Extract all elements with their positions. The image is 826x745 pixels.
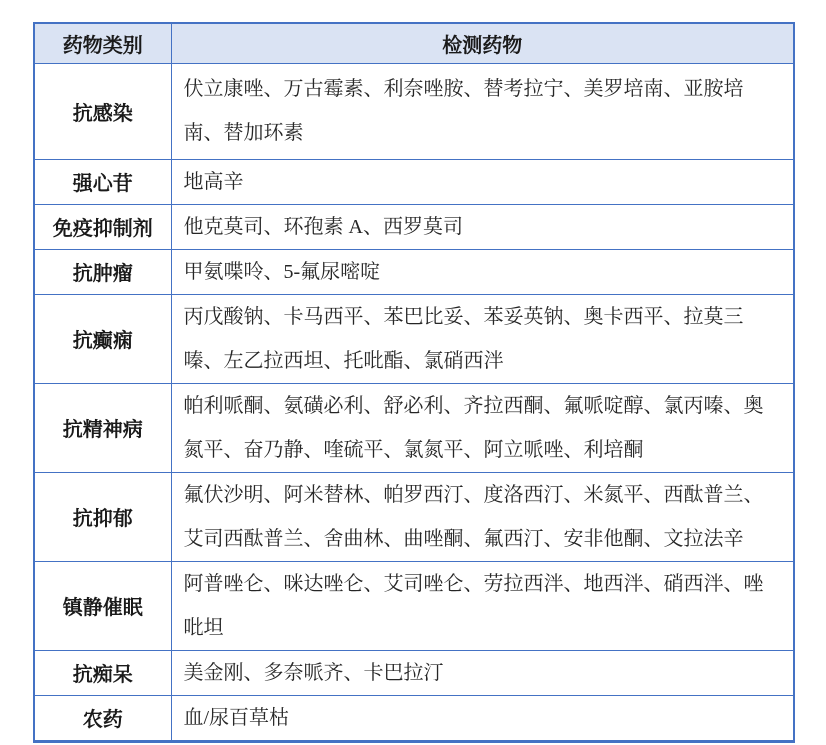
- table-row: 抗抑郁 氟伏沙明、阿米替林、帕罗西汀、度洛西汀、米氮平、西酞普兰、艾司西酞普兰、…: [34, 472, 794, 561]
- drugs-cell: 阿普唑仑、咪达唑仑、艾司唑仑、劳拉西泮、地西泮、硝西泮、唑吡坦: [171, 561, 794, 650]
- drugs-cell: 血/尿百草枯: [171, 695, 794, 741]
- category-cell: 强心苷: [34, 159, 171, 204]
- table-row: 抗感染 伏立康唑、万古霉素、利奈唑胺、替考拉宁、美罗培南、亚胺培南、替加环素: [34, 63, 794, 159]
- table-row: 农药 血/尿百草枯: [34, 695, 794, 741]
- drugs-cell: 甲氨喋呤、5-氟尿嘧啶: [171, 249, 794, 294]
- table-row: 抗癫痫 丙戊酸钠、卡马西平、苯巴比妥、苯妥英钠、奥卡西平、拉莫三嗪、左乙拉西坦、…: [34, 294, 794, 383]
- category-cell: 抗精神病: [34, 383, 171, 472]
- drugs-cell: 伏立康唑、万古霉素、利奈唑胺、替考拉宁、美罗培南、亚胺培南、替加环素: [171, 63, 794, 159]
- drugs-cell: 美金刚、多奈哌齐、卡巴拉汀: [171, 650, 794, 695]
- header-category: 药物类别: [34, 23, 171, 63]
- category-cell: 免疫抑制剂: [34, 204, 171, 249]
- table-header-row: 药物类别 检测药物: [34, 23, 794, 63]
- category-cell: 镇静催眠: [34, 561, 171, 650]
- table-row: 免疫抑制剂 他克莫司、环孢素 A、西罗莫司: [34, 204, 794, 249]
- category-cell: 抗感染: [34, 63, 171, 159]
- table-row: 抗精神病 帕利哌酮、氨磺必利、舒必利、齐拉西酮、氟哌啶醇、氯丙嗪、奥氮平、奋乃静…: [34, 383, 794, 472]
- category-cell: 抗癫痫: [34, 294, 171, 383]
- drugs-cell: 丙戊酸钠、卡马西平、苯巴比妥、苯妥英钠、奥卡西平、拉莫三嗪、左乙拉西坦、托吡酯、…: [171, 294, 794, 383]
- table-row: 强心苷 地高辛: [34, 159, 794, 204]
- table-row: 镇静催眠 阿普唑仑、咪达唑仑、艾司唑仑、劳拉西泮、地西泮、硝西泮、唑吡坦: [34, 561, 794, 650]
- category-cell: 抗抑郁: [34, 472, 171, 561]
- drugs-cell: 地高辛: [171, 159, 794, 204]
- document-page: 药物类别 检测药物 抗感染 伏立康唑、万古霉素、利奈唑胺、替考拉宁、美罗培南、亚…: [0, 0, 826, 745]
- header-drugs: 检测药物: [171, 23, 794, 63]
- category-cell: 抗痴呆: [34, 650, 171, 695]
- drugs-cell: 氟伏沙明、阿米替林、帕罗西汀、度洛西汀、米氮平、西酞普兰、艾司西酞普兰、舍曲林、…: [171, 472, 794, 561]
- category-cell: 农药: [34, 695, 171, 741]
- drug-detection-table: 药物类别 检测药物 抗感染 伏立康唑、万古霉素、利奈唑胺、替考拉宁、美罗培南、亚…: [33, 22, 795, 743]
- drugs-cell: 帕利哌酮、氨磺必利、舒必利、齐拉西酮、氟哌啶醇、氯丙嗪、奥氮平、奋乃静、喹硫平、…: [171, 383, 794, 472]
- table-row: 抗痴呆 美金刚、多奈哌齐、卡巴拉汀: [34, 650, 794, 695]
- drugs-cell: 他克莫司、环孢素 A、西罗莫司: [171, 204, 794, 249]
- category-cell: 抗肿瘤: [34, 249, 171, 294]
- table-row: 抗肿瘤 甲氨喋呤、5-氟尿嘧啶: [34, 249, 794, 294]
